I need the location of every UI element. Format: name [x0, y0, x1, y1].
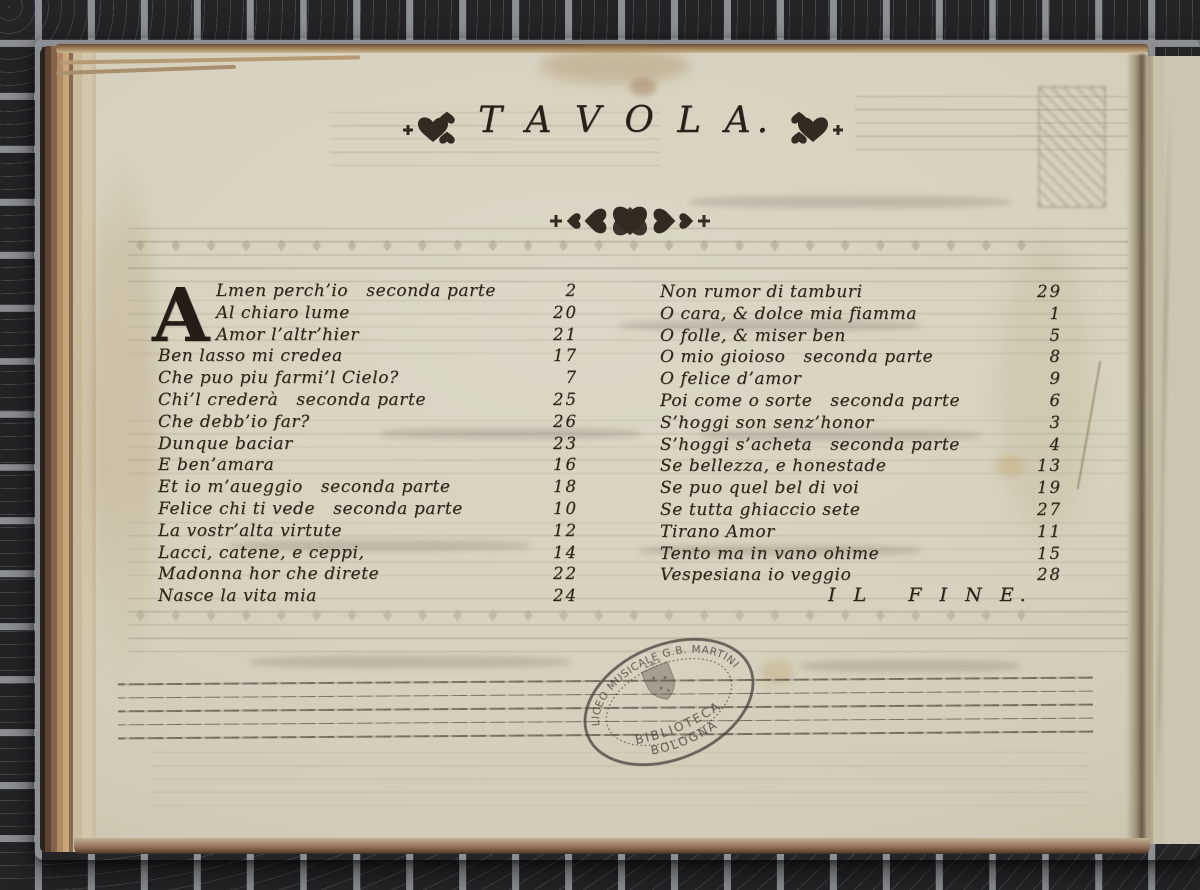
entry-title: Tirano Amor	[660, 522, 775, 542]
index-column-right: Non rumor di tamburi29O cara, & dolce mi…	[660, 282, 1062, 587]
index-entry: Se puo quel bel di voi19	[660, 478, 1062, 500]
gutter-crease	[1126, 54, 1152, 844]
entry-title: O cara, & dolce mia fiamma	[660, 304, 917, 324]
index-entry: Al chiaro lume20	[158, 303, 578, 325]
entry-part-label: seconda parte	[366, 281, 496, 301]
entry-part-label: seconda parte	[321, 477, 451, 497]
entry-page-number: 11	[1018, 522, 1062, 541]
entry-title: Che puo piu farmi’l Cielo?	[158, 368, 399, 388]
entry-page-number: 19	[1018, 478, 1062, 497]
photo-of-open-book: ◆◆◆◆◆◆◆◆◆◆◆◆◆◆◆◆◆◆◆◆◆◆◆◆◆◆ ◆◆◆◆◆◆◆◆◆◆◆◆◆…	[0, 0, 1200, 890]
entry-title: Nasce la vita mia	[158, 586, 317, 606]
fleuron-left-icon	[398, 106, 468, 154]
index-entry: E ben’amara16	[158, 455, 578, 477]
entry-part-label: seconda parte	[804, 347, 934, 367]
page-wrinkle	[1156, 96, 1171, 796]
entry-page-number: 7	[534, 368, 578, 387]
entry-page-number: 10	[534, 499, 578, 518]
entry-title: Lacci, catene, e ceppi,	[158, 543, 365, 563]
entry-title: Tento ma in vano ohime	[660, 544, 879, 564]
index-entry: Se bellezza, e honestade13	[660, 456, 1062, 478]
entry-part-label: seconda parte	[296, 390, 426, 410]
entry-page-number: 27	[1018, 500, 1062, 519]
entry-title: Che debb’io far?	[158, 412, 310, 432]
entry-title: O felice d’amor	[660, 369, 801, 389]
entry-page-number: 21	[534, 325, 578, 344]
entry-part-label: seconda parte	[830, 391, 960, 411]
entry-title: Et io m’aueggio	[158, 477, 303, 497]
entry-title: E ben’amara	[158, 455, 274, 475]
entry-page-number: 14	[534, 543, 578, 562]
page-bottom-edge	[74, 838, 1150, 854]
index-entry: Dunque baciar23	[158, 434, 578, 456]
entry-title: Amor l’altr’hier	[216, 325, 359, 345]
fleuron-right-icon	[778, 106, 848, 154]
entry-page-number: 13	[1018, 456, 1062, 475]
entry-title: Non rumor di tamburi	[660, 282, 863, 302]
entry-page-number: 1	[1018, 304, 1062, 323]
entry-page-number: 23	[534, 434, 578, 453]
entry-page-number: 9	[1018, 369, 1062, 388]
entry-title: Chi’l crederà	[158, 390, 278, 410]
entry-page-number: 12	[534, 521, 578, 540]
entry-page-number: 16	[534, 455, 578, 474]
index-entry: Ben lasso mi credea17	[158, 346, 578, 368]
entry-page-number: 22	[534, 564, 578, 583]
entry-title: Al chiaro lume	[216, 303, 350, 323]
entry-page-number: 4	[1018, 435, 1062, 454]
entry-page-number: 5	[1018, 326, 1062, 345]
index-entry: Se tutta ghiaccio sete27	[660, 500, 1062, 522]
index-entry: Non rumor di tamburi29	[660, 282, 1062, 304]
entry-title: Ben lasso mi credea	[158, 346, 343, 366]
index-entry: O folle, & miser ben5	[660, 326, 1062, 348]
entry-page-number: 29	[1018, 282, 1062, 301]
index-entry: O felice d’amor9	[660, 369, 1062, 391]
entry-page-number: 28	[1018, 565, 1062, 584]
index-entry: Nasce la vita mia24	[158, 586, 578, 608]
entry-page-number: 24	[534, 586, 578, 605]
entry-page-number: 6	[1018, 391, 1062, 410]
entry-title: Lmen perch’io	[216, 281, 348, 301]
page-title: T A V O L A.	[478, 100, 774, 141]
index-entry: Chi’l crederàseconda parte25	[158, 390, 578, 412]
index-entry: Felice chi ti vedeseconda parte10	[158, 499, 578, 521]
index-entry: S’hoggi son senz’honor3	[660, 413, 1062, 435]
entry-page-number: 8	[1018, 347, 1062, 366]
index-entry: Che debb’io far?26	[158, 412, 578, 434]
index-entry: S’hoggi s’achetaseconda parte4	[660, 435, 1062, 457]
entry-title: Felice chi ti vede	[158, 499, 315, 519]
entry-part-label: seconda parte	[830, 435, 960, 455]
index-entry: Madonna hor che direte22	[158, 564, 578, 586]
entry-page-number: 2	[534, 281, 578, 300]
index-entry: Tento ma in vano ohime15	[660, 544, 1062, 566]
entry-title: Se bellezza, e honestade	[660, 456, 887, 476]
index-entry: La vostr’alta virtute12	[158, 521, 578, 543]
entry-title: Poi come o sorte	[660, 391, 812, 411]
index-entry: O cara, & dolce mia fiamma1	[660, 304, 1062, 326]
entry-page-number: 17	[534, 346, 578, 365]
entry-title: Se puo quel bel di voi	[660, 478, 859, 498]
page-top-edge	[56, 44, 1148, 53]
entry-title: Se tutta ghiaccio sete	[660, 500, 861, 520]
facing-page-edge	[1146, 56, 1200, 844]
entry-title: Dunque baciar	[158, 434, 293, 454]
index-entry: O mio gioiososeconda parte8	[660, 347, 1062, 369]
entry-part-label: seconda parte	[333, 499, 463, 519]
index-entry: Lmen perch’ioseconda parte2	[158, 281, 578, 303]
index-entry: Amor l’altr’hier21	[158, 325, 578, 347]
entry-title: Vespesiana io veggio	[660, 565, 851, 585]
entry-page-number: 15	[1018, 544, 1062, 563]
entry-title: S’hoggi son senz’honor	[660, 413, 874, 433]
entry-page-number: 25	[534, 390, 578, 409]
entry-title: S’hoggi s’acheta	[660, 435, 812, 455]
entry-page-number: 3	[1018, 413, 1062, 432]
index-entry: Che puo piu farmi’l Cielo?7	[158, 368, 578, 390]
show-through-woodcut-initial	[1038, 86, 1106, 208]
center-ornament-icon	[540, 194, 720, 248]
index-entry: Tirano Amor11	[660, 522, 1062, 544]
index-column-left: Lmen perch’ioseconda parte2Al chiaro lum…	[158, 281, 578, 608]
entry-title: O folle, & miser ben	[660, 326, 846, 346]
index-entry: Poi come o sorteseconda parte6	[660, 391, 1062, 413]
entry-page-number: 18	[534, 477, 578, 496]
entry-page-number: 26	[534, 412, 578, 431]
fine-label: I L F I N E.	[828, 584, 1032, 606]
entry-title: O mio gioioso	[660, 347, 786, 367]
index-entry: Et io m’aueggioseconda parte18	[158, 477, 578, 499]
entry-title: Madonna hor che direte	[158, 564, 379, 584]
entry-page-number: 20	[534, 303, 578, 322]
entry-title: La vostr’alta virtute	[158, 521, 342, 541]
index-entry: Lacci, catene, e ceppi,14	[158, 543, 578, 565]
